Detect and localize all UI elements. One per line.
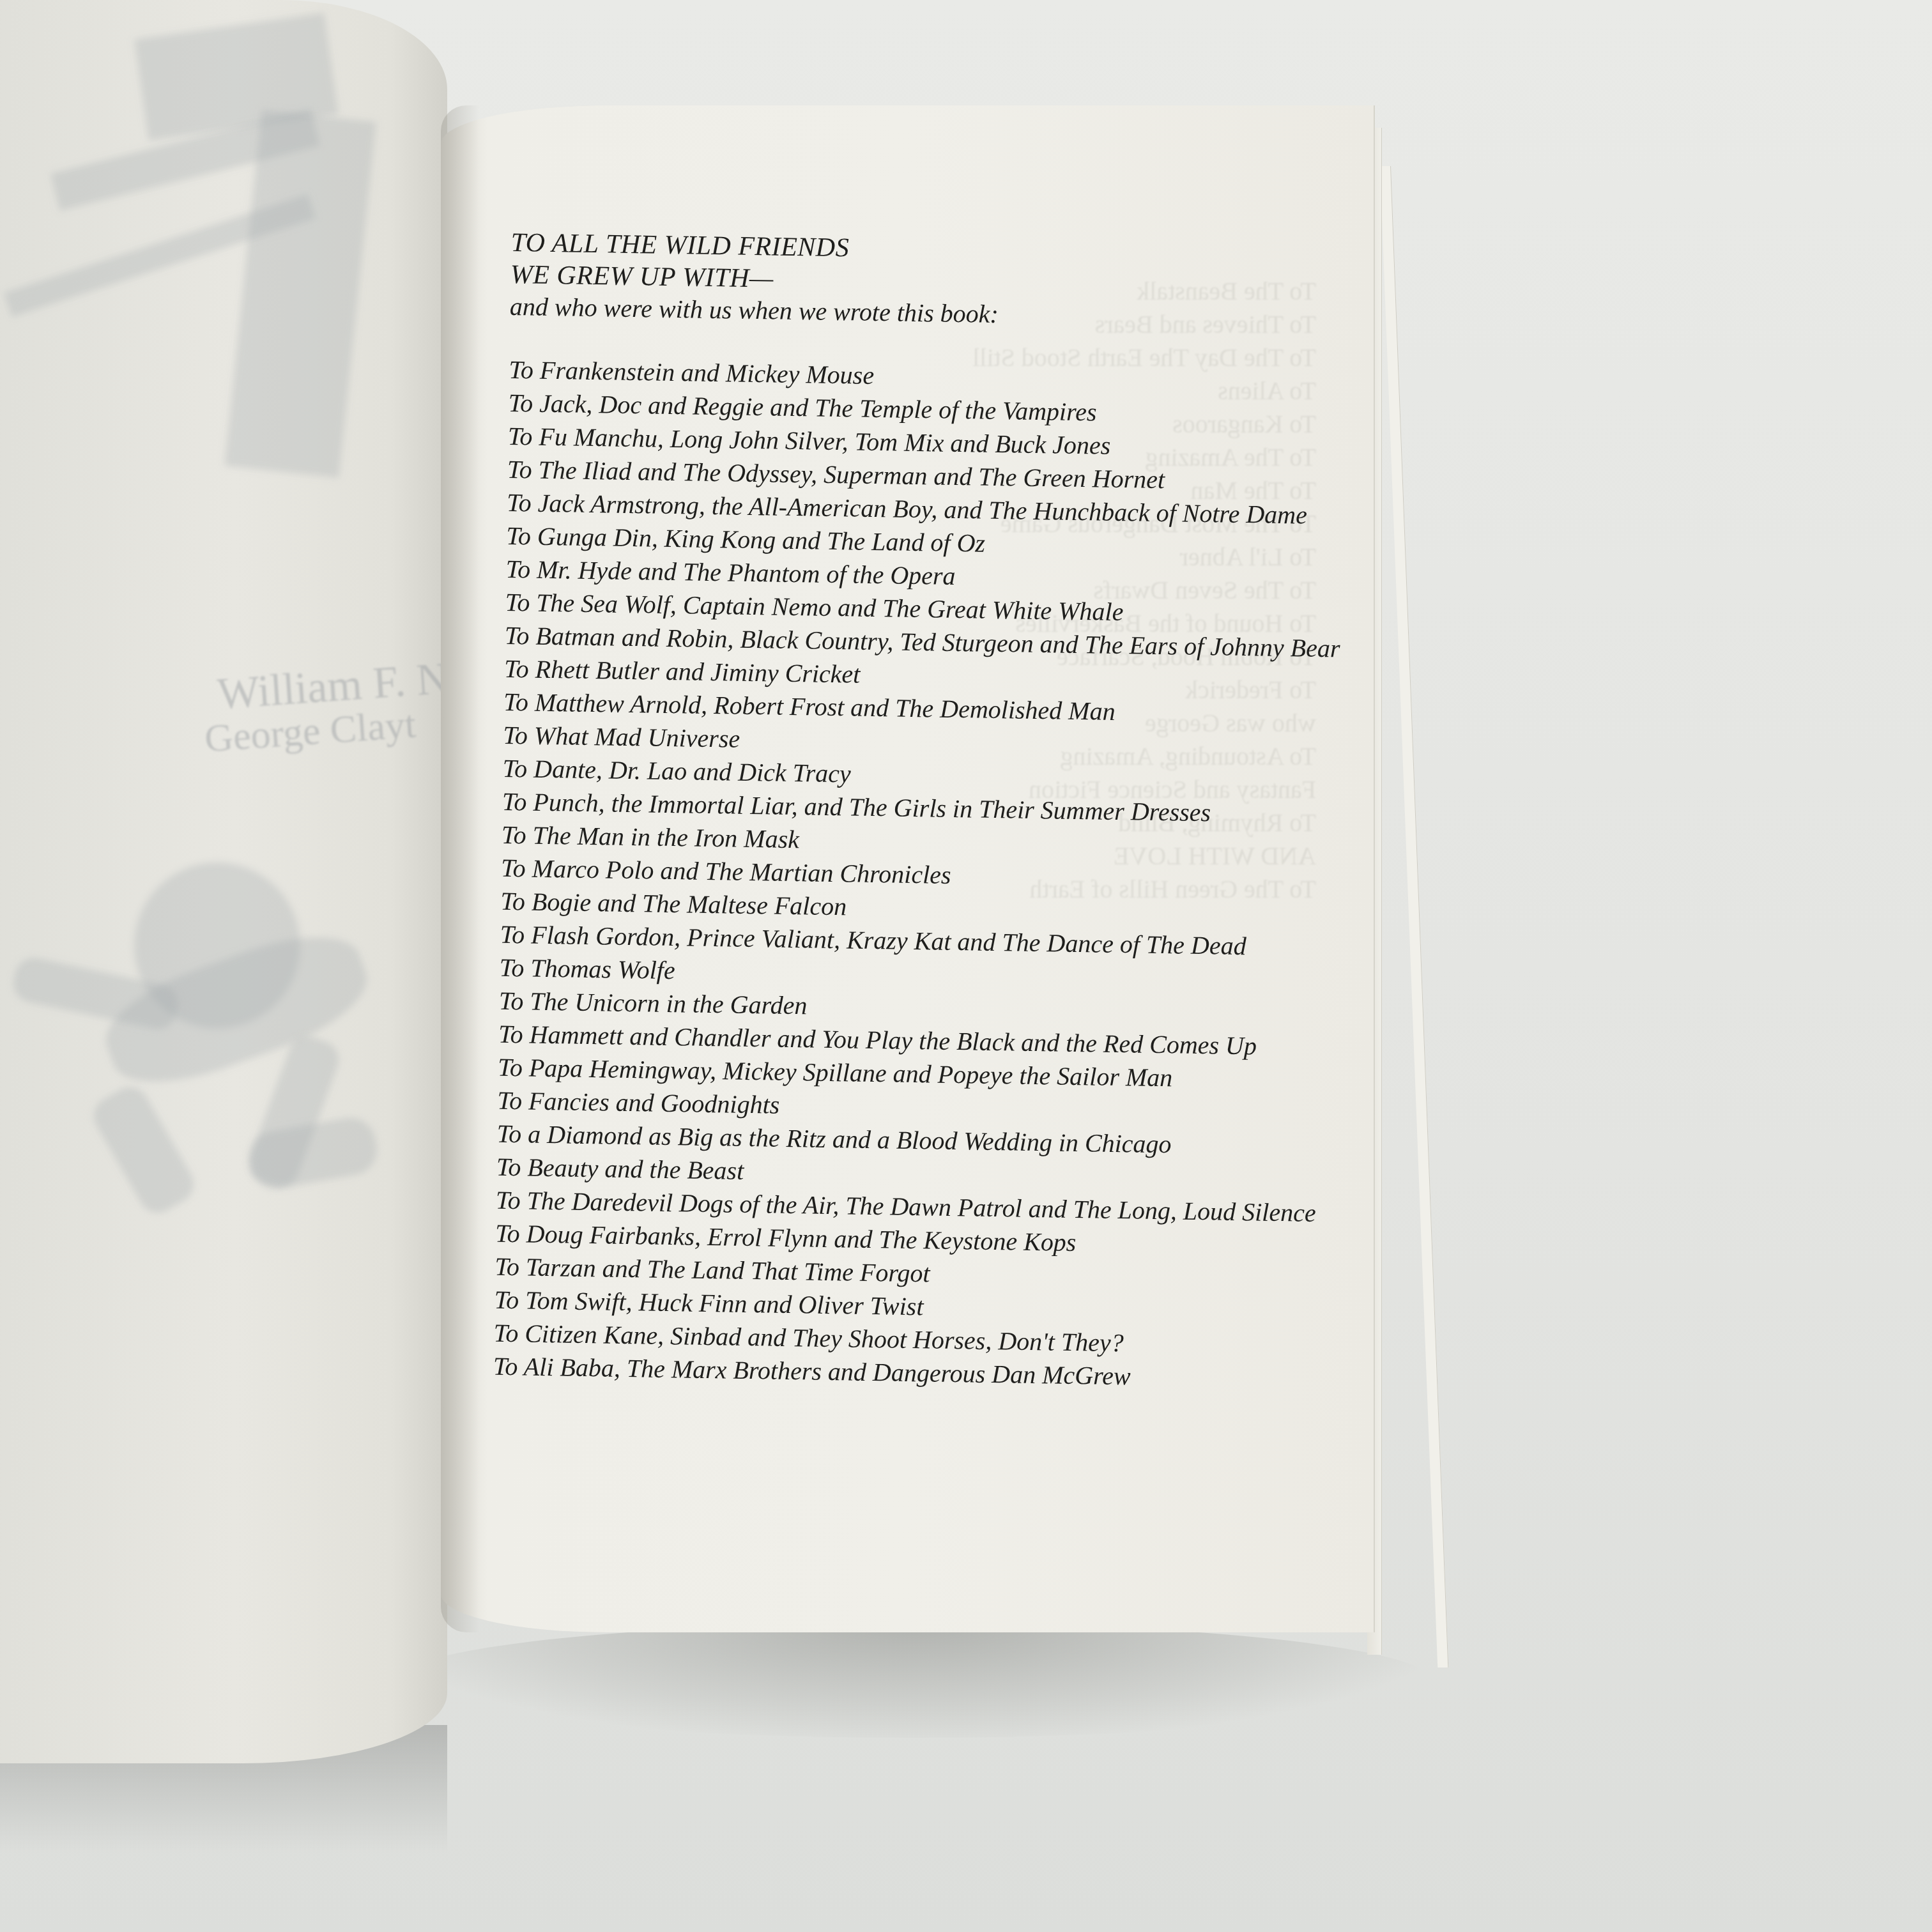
ghost-illustration-column (224, 110, 376, 478)
photo-scene: William F. N George Clayt To The Beansta… (0, 0, 1932, 1932)
dedication-list: To Frankenstein and Mickey Mouse To Jack… (493, 353, 1340, 1396)
book-shadow (396, 1623, 1431, 1738)
dedication-text: TO ALL THE WILD FRIENDS WE GREW UP WITH—… (493, 227, 1342, 1396)
spine-shadow (441, 105, 479, 1632)
left-page: William F. N George Clayt (0, 0, 447, 1763)
page-edge (1380, 166, 1448, 1667)
ghost-illustration-figure-leg (87, 1080, 201, 1220)
